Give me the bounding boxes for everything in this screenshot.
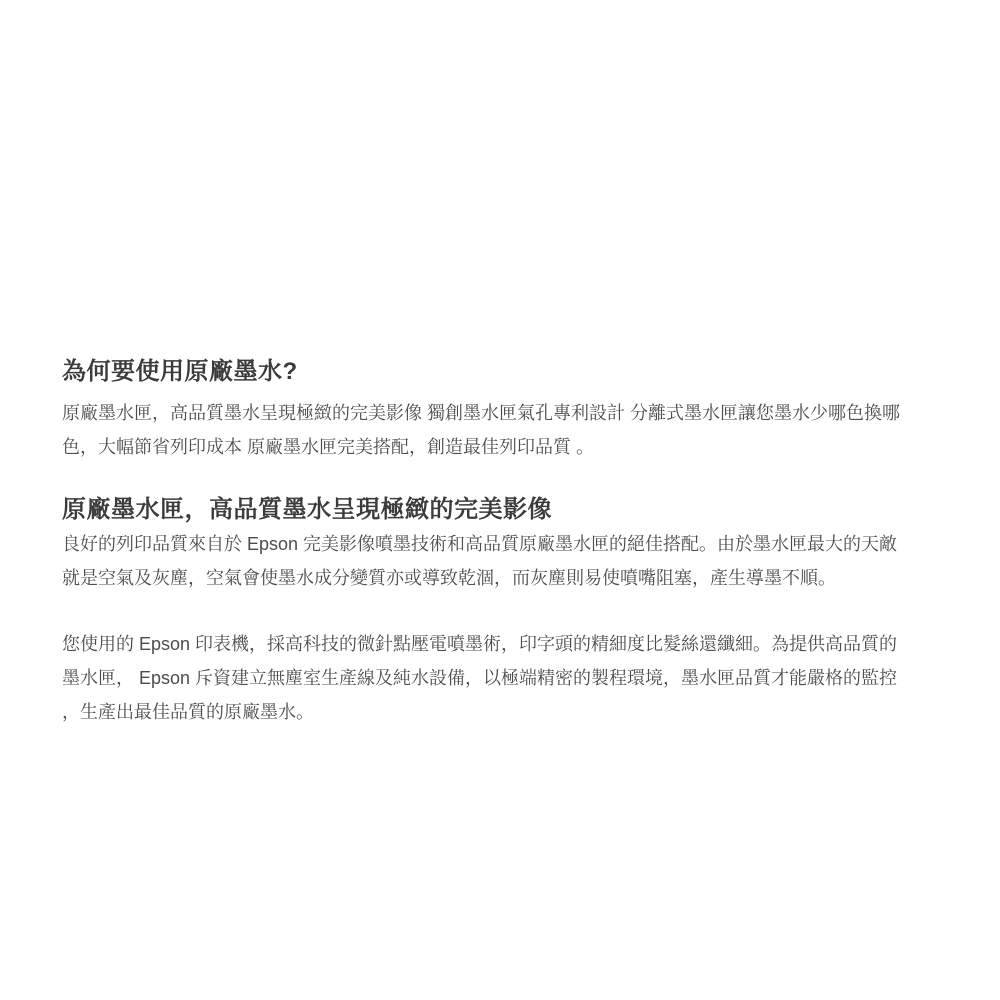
paragraph-line: 原廠墨水匣，高品質墨水呈現極緻的完美影像 獨創墨水匣氣孔專利設計 分離式墨水匣讓… <box>62 396 907 430</box>
paragraph-line: 色，大幅節省列印成本 原廠墨水匣完美搭配，創造最佳列印品質 。 <box>62 430 907 464</box>
paragraph-print-quality: 良好的列印品質來自於 Epson 完美影像噴墨技術和高品質原廠墨水匣的絕佳搭配。… <box>62 527 907 595</box>
paragraph-line: 您使用的 Epson 印表機，採高科技的微針點壓電噴墨術，印字頭的精細度比髮絲還… <box>62 627 907 661</box>
paragraph-epson-printer-tech: 您使用的 Epson 印表機，採高科技的微針點壓電噴墨術，印字頭的精細度比髮絲還… <box>62 627 907 729</box>
section-heading-why-use-original-ink: 為何要使用原廠墨水? <box>62 355 907 389</box>
paragraph-original-ink-intro: 原廠墨水匣，高品質墨水呈現極緻的完美影像 獨創墨水匣氣孔專利設計 分離式墨水匣讓… <box>62 396 907 464</box>
product-description-content: 為何要使用原廠墨水? 原廠墨水匣，高品質墨水呈現極緻的完美影像 獨創墨水匣氣孔專… <box>0 0 907 729</box>
paragraph-line: 就是空氣及灰塵，空氣會使墨水成分變質亦或導致乾涸，而灰塵則易使噴嘴阻塞，產生導墨… <box>62 561 907 595</box>
paragraph-line: 良好的列印品質來自於 Epson 完美影像噴墨技術和高品質原廠墨水匣的絕佳搭配。… <box>62 527 907 561</box>
section-heading-high-quality-ink-image: 原廠墨水匣，高品質墨水呈現極緻的完美影像 <box>62 493 907 527</box>
paragraph-line: ，生產出最佳品質的原廠墨水。 <box>62 695 907 729</box>
paragraph-line: 墨水匣， Epson 斥資建立無塵室生產線及純水設備，以極端精密的製程環境，墨水… <box>62 661 907 695</box>
